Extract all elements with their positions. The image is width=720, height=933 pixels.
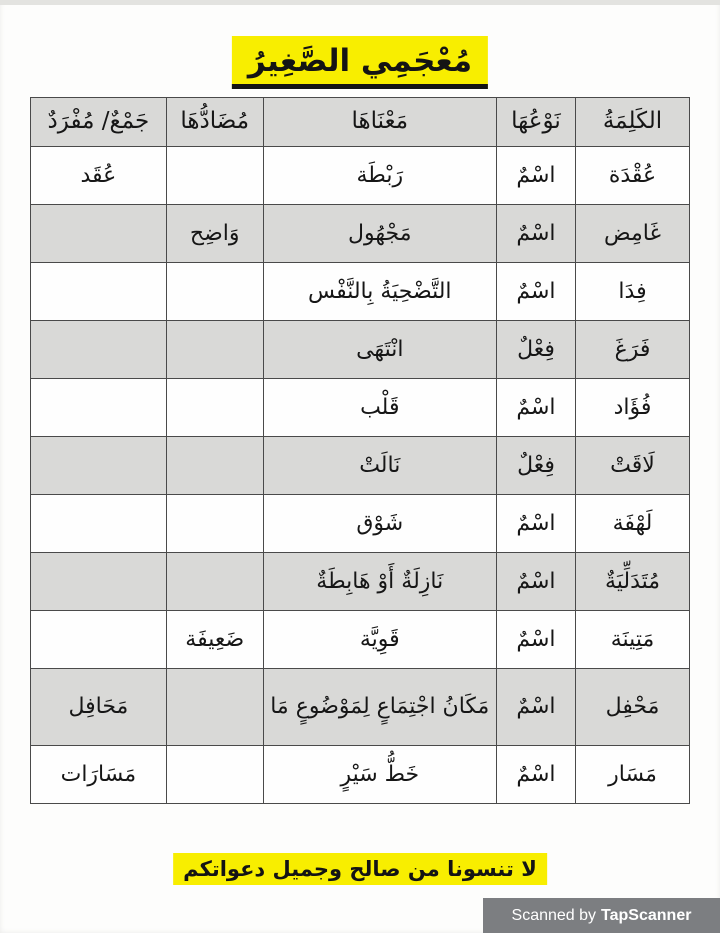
watermark-prefix: Scanned by — [512, 907, 597, 925]
cell-opposite — [166, 553, 263, 611]
table-row: غَامِض اسْمٌ مَجْهُول وَاضِح — [31, 205, 690, 263]
header-meaning: مَعْنَاهَا — [263, 98, 496, 147]
cell-opposite: ضَعِيفَة — [166, 611, 263, 669]
cell-meaning: نَازِلَةٌ أَوْ هَابِطَةٌ — [263, 553, 496, 611]
cell-plural-singular: مَسَارَات — [31, 746, 167, 804]
cell-word: مَتِينَة — [576, 611, 690, 669]
cell-opposite — [166, 746, 263, 804]
header-opposite: مُضَادُّهَا — [166, 98, 263, 147]
cell-word: مُتَدَلِّيَةٌ — [576, 553, 690, 611]
cell-meaning: مَكَانُ اجْتِمَاعٍ لِمَوْضُوعٍ مَا — [263, 669, 496, 746]
cell-meaning: التَّضْحِيَةُ بِالنَّفْس — [263, 263, 496, 321]
cell-plural-singular — [31, 553, 167, 611]
scanned-page: مُعْجَمِي الصَّغِيرُ الكَلِمَةُ نَوْعُهَ… — [0, 0, 720, 933]
cell-type: اسْمٌ — [496, 746, 575, 804]
cell-opposite — [166, 263, 263, 321]
table-row: مَتِينَة اسْمٌ قَوِيَّة ضَعِيفَة — [31, 611, 690, 669]
table-row: لَاقَتْ فِعْلٌ نَالَتْ — [31, 437, 690, 495]
header-row: الكَلِمَةُ نَوْعُهَا مَعْنَاهَا مُضَادُّ… — [31, 98, 690, 147]
cell-plural-singular — [31, 321, 167, 379]
cell-meaning: مَجْهُول — [263, 205, 496, 263]
footer-note: لا تنسونا من صالح وجميل دعواتكم — [173, 853, 547, 885]
cell-plural-singular: مَحَافِل — [31, 669, 167, 746]
cell-word: عُقْدَة — [576, 147, 690, 205]
cell-word: فُؤَاد — [576, 379, 690, 437]
cell-opposite — [166, 495, 263, 553]
table-row: فَرَغَ فِعْلٌ انْتَهَى — [31, 321, 690, 379]
cell-meaning: قَوِيَّة — [263, 611, 496, 669]
cell-meaning: خَطُّ سَيْرٍ — [263, 746, 496, 804]
cell-opposite — [166, 147, 263, 205]
cell-word: فَرَغَ — [576, 321, 690, 379]
cell-opposite — [166, 437, 263, 495]
table-header: الكَلِمَةُ نَوْعُهَا مَعْنَاهَا مُضَادُّ… — [31, 98, 690, 147]
cell-word: مَحْفِل — [576, 669, 690, 746]
table-row: عُقْدَة اسْمٌ رَبْطَة عُقَد — [31, 147, 690, 205]
table-row: مُتَدَلِّيَةٌ اسْمٌ نَازِلَةٌ أَوْ هَابِ… — [31, 553, 690, 611]
header-word: الكَلِمَةُ — [576, 98, 690, 147]
cell-meaning: رَبْطَة — [263, 147, 496, 205]
scan-edge — [0, 0, 720, 5]
cell-type: اسْمٌ — [496, 263, 575, 321]
cell-plural-singular — [31, 379, 167, 437]
header-type: نَوْعُهَا — [496, 98, 575, 147]
cell-plural-singular: عُقَد — [31, 147, 167, 205]
cell-opposite: وَاضِح — [166, 205, 263, 263]
table-row: مَحْفِل اسْمٌ مَكَانُ اجْتِمَاعٍ لِمَوْض… — [31, 669, 690, 746]
cell-plural-singular — [31, 205, 167, 263]
table-row: مَسَار اسْمٌ خَطُّ سَيْرٍ مَسَارَات — [31, 746, 690, 804]
cell-plural-singular — [31, 611, 167, 669]
cell-meaning: قَلْب — [263, 379, 496, 437]
cell-opposite — [166, 379, 263, 437]
cell-word: لَاقَتْ — [576, 437, 690, 495]
cell-plural-singular — [31, 495, 167, 553]
cell-plural-singular — [31, 437, 167, 495]
table-row: فُؤَاد اسْمٌ قَلْب — [31, 379, 690, 437]
cell-type: اسْمٌ — [496, 553, 575, 611]
page-title: مُعْجَمِي الصَّغِيرُ — [232, 36, 488, 89]
table-row: لَهْفَة اسْمٌ شَوْق — [31, 495, 690, 553]
cell-type: اسْمٌ — [496, 669, 575, 746]
watermark-brand: TapScanner — [601, 907, 691, 925]
cell-word: فِدَا — [576, 263, 690, 321]
cell-type: اسْمٌ — [496, 379, 575, 437]
cell-opposite — [166, 669, 263, 746]
cell-type: اسْمٌ — [496, 147, 575, 205]
cell-word: لَهْفَة — [576, 495, 690, 553]
cell-meaning: نَالَتْ — [263, 437, 496, 495]
cell-plural-singular — [31, 263, 167, 321]
cell-opposite — [166, 321, 263, 379]
table-body: عُقْدَة اسْمٌ رَبْطَة عُقَد غَامِض اسْمٌ… — [31, 147, 690, 804]
cell-type: فِعْلٌ — [496, 321, 575, 379]
header-plural-singular: جَمْعٌ/ مُفْرَدٌ — [31, 98, 167, 147]
cell-meaning: شَوْق — [263, 495, 496, 553]
cell-type: اسْمٌ — [496, 611, 575, 669]
cell-word: مَسَار — [576, 746, 690, 804]
cell-type: فِعْلٌ — [496, 437, 575, 495]
cell-type: اسْمٌ — [496, 205, 575, 263]
cell-meaning: انْتَهَى — [263, 321, 496, 379]
table-row: فِدَا اسْمٌ التَّضْحِيَةُ بِالنَّفْس — [31, 263, 690, 321]
cell-type: اسْمٌ — [496, 495, 575, 553]
scanner-watermark: Scanned by TapScanner — [483, 898, 720, 933]
vocabulary-table: الكَلِمَةُ نَوْعُهَا مَعْنَاهَا مُضَادُّ… — [30, 97, 690, 804]
cell-word: غَامِض — [576, 205, 690, 263]
